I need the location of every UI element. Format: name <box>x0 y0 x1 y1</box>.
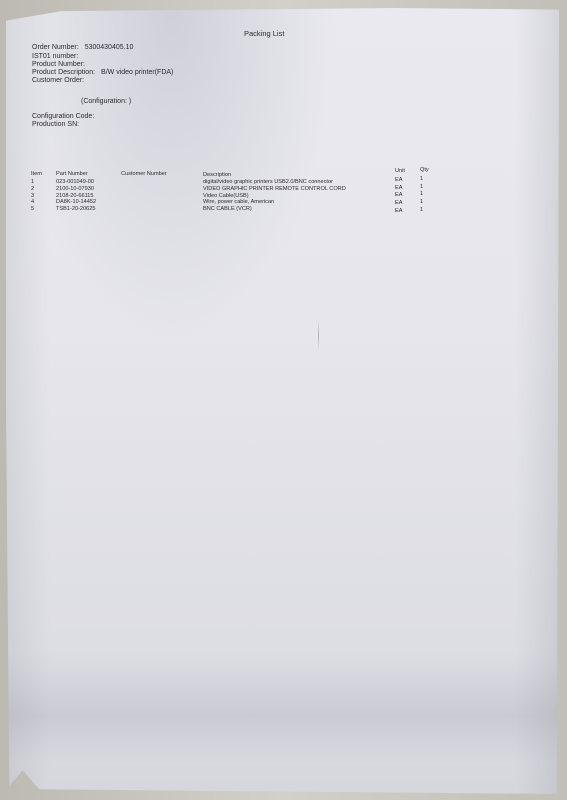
header-customer-number: Customer Number <box>121 171 167 177</box>
customer-order-field: Customer Order: <box>32 77 90 84</box>
cell-item: 1 <box>31 179 34 185</box>
cell-part-number: 023-001049-00 <box>56 179 94 185</box>
header-part-number: Part Number <box>56 171 88 177</box>
cell-unit: EA <box>395 177 402 183</box>
cell-qty: 1 <box>420 199 423 205</box>
document-title: Packing List <box>244 29 284 38</box>
cell-part-number: 2108-20-66115 <box>56 193 94 199</box>
cell-description: digital/video graphic printers USB2.0/BN… <box>203 179 333 185</box>
order-number-field: Order Number:5300430405.10 <box>32 44 133 51</box>
production-sn-field: Production SN: <box>32 121 85 128</box>
packing-list-document: Packing List Order Number:5300430405.10 … <box>0 0 567 800</box>
configuration-code-field: Configuration Code: <box>32 113 100 120</box>
cell-qty: 1 <box>420 176 423 182</box>
field-value: 5300430405.10 <box>85 44 134 51</box>
field-label: Configuration Code: <box>32 113 94 120</box>
field-value: B/W video printer(FDA) <box>101 69 173 76</box>
header-item: Item <box>31 171 42 177</box>
cell-item: 5 <box>31 206 34 212</box>
cell-qty: 1 <box>420 191 423 197</box>
cell-item: 2 <box>31 186 34 192</box>
cell-part-number: 2100-10-07930 <box>56 186 94 192</box>
field-label: Order Number: <box>32 44 79 51</box>
header-unit: Unit <box>395 168 405 174</box>
cell-unit: EA <box>395 192 402 198</box>
configuration-note: (Configuration: ) <box>81 98 131 105</box>
cell-description: Wire, power cable, American <box>203 199 274 205</box>
cell-unit: EA <box>395 208 402 214</box>
field-label: Production SN: <box>32 121 79 128</box>
field-label: Customer Order: <box>32 77 84 84</box>
cell-unit: EA <box>395 185 402 191</box>
cell-qty: 1 <box>420 207 423 213</box>
ist01-number-field: IST01 number: <box>32 53 84 60</box>
header-qty: Qty <box>420 167 429 173</box>
product-number-field: Product Number: <box>32 61 91 68</box>
field-label: IST01 number: <box>32 53 78 60</box>
field-label: Product Number: <box>32 61 85 68</box>
product-description-field: Product Description:B/W video printer(FD… <box>32 69 173 76</box>
cell-unit: EA <box>395 200 402 206</box>
cell-item: 4 <box>31 199 34 205</box>
cell-part-number: DA8K-10-14452 <box>56 199 96 205</box>
field-label: Product Description: <box>32 69 95 76</box>
cell-item: 3 <box>31 193 34 199</box>
cell-description: Video Cable(USB) <box>203 193 249 199</box>
cell-part-number: TSB1-20-20625 <box>56 206 96 212</box>
cell-qty: 1 <box>420 184 423 190</box>
header-description: Description <box>203 172 231 178</box>
cell-description: VIDEO GRAPHIC PRINTER REMOTE CONTROL COR… <box>203 186 346 192</box>
cell-description: BNC CABLE (VCR) <box>203 206 252 212</box>
